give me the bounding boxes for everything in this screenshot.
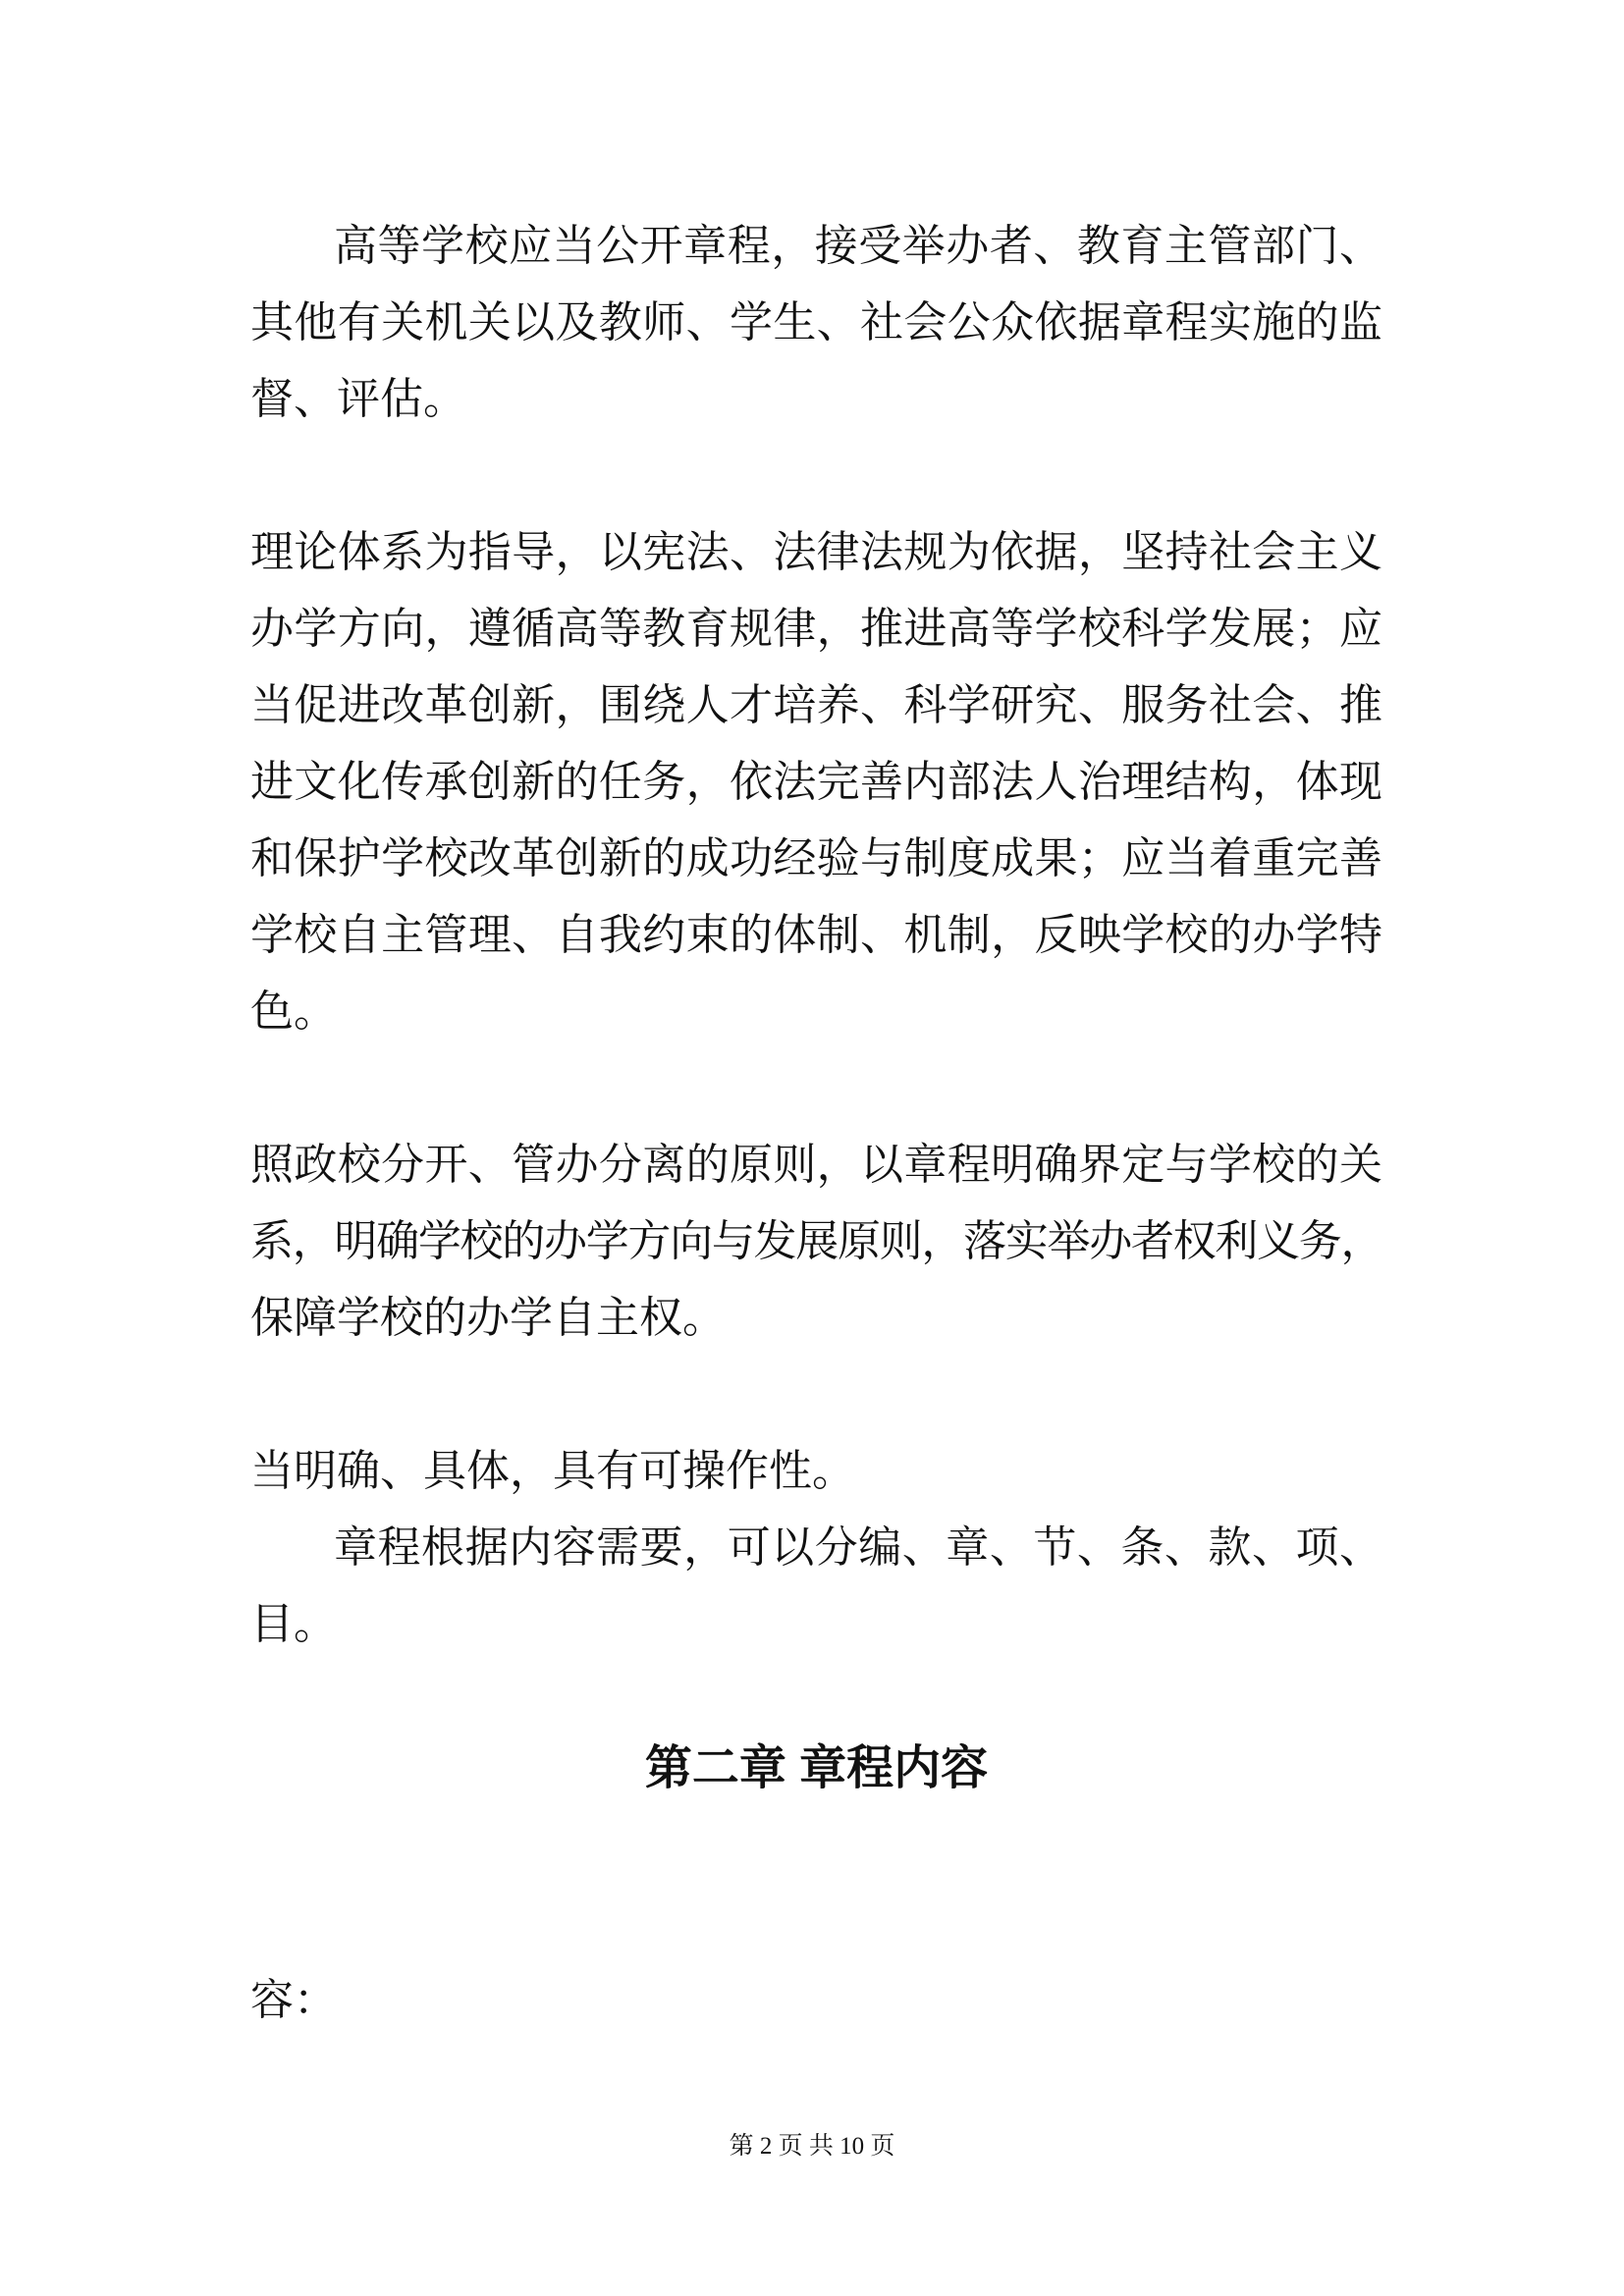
document-line: 目。 bbox=[250, 1586, 1382, 1663]
document-body: 高等学校应当公开章程，接受举办者、教育主管部门、 其他有关机关以及教师、学生、社… bbox=[250, 208, 1382, 1663]
document-line: 容： bbox=[250, 1962, 1382, 2039]
document-line: 其他有关机关以及教师、学生、社会公众依据章程实施的监 bbox=[250, 285, 1382, 361]
document-line: 学校自主管理、自我约束的体制、机制，反映学校的办学特 bbox=[250, 897, 1382, 974]
document-line: 进文化传承创新的任务，依法完善内部法人治理结构，体现 bbox=[250, 744, 1382, 821]
document-line: 色。 bbox=[250, 974, 1382, 1050]
document-page: 高等学校应当公开章程，接受举办者、教育主管部门、 其他有关机关以及教师、学生、社… bbox=[0, 0, 1624, 2296]
document-line: 第四条 高等学校制定章程应当以中国特色社会主义 bbox=[250, 438, 1382, 514]
document-line: 第七条 章程应当按照高等教育法的规定，载明以下内 bbox=[250, 1886, 1382, 1962]
document-line: 章程根据内容需要，可以分编、章、节、条、款、项、 bbox=[250, 1510, 1382, 1586]
document-line: 督、评估。 bbox=[250, 361, 1382, 438]
document-line: 第五条 高等学校的举办者、主管教育行政部门应当按 bbox=[250, 1050, 1382, 1127]
page-footer: 第 2 页 共 10 页 bbox=[0, 2130, 1624, 2163]
document-line: 当明确、具体，具有可操作性。 bbox=[250, 1433, 1382, 1510]
document-line: 当促进改革创新，围绕人才培养、科学研究、服务社会、推 bbox=[250, 667, 1382, 744]
document-line: 照政校分开、管办分离的原则，以章程明确界定与学校的关 bbox=[250, 1127, 1382, 1203]
chapter-heading: 第二章 章程内容 bbox=[250, 1731, 1382, 1807]
document-line: 办学方向，遵循高等教育规律，推进高等学校科学发展；应 bbox=[250, 591, 1382, 667]
document-line: 系，明确学校的办学方向与发展原则，落实举办者权利义务， bbox=[250, 1203, 1382, 1280]
document-line: 第六条 章程用语应当准确、简洁、规范，条文内容应 bbox=[250, 1357, 1382, 1433]
document-line: 和保护学校改革创新的成功经验与制度成果；应当着重完善 bbox=[250, 821, 1382, 897]
document-line: 高等学校应当公开章程，接受举办者、教育主管部门、 bbox=[250, 208, 1382, 285]
document-body-continued: 第七条 章程应当按照高等教育法的规定，载明以下内 容： bbox=[250, 1886, 1382, 2039]
document-line: 保障学校的办学自主权。 bbox=[250, 1280, 1382, 1357]
document-line: 理论体系为指导，以宪法、法律法规为依据，坚持社会主义 bbox=[250, 514, 1382, 591]
